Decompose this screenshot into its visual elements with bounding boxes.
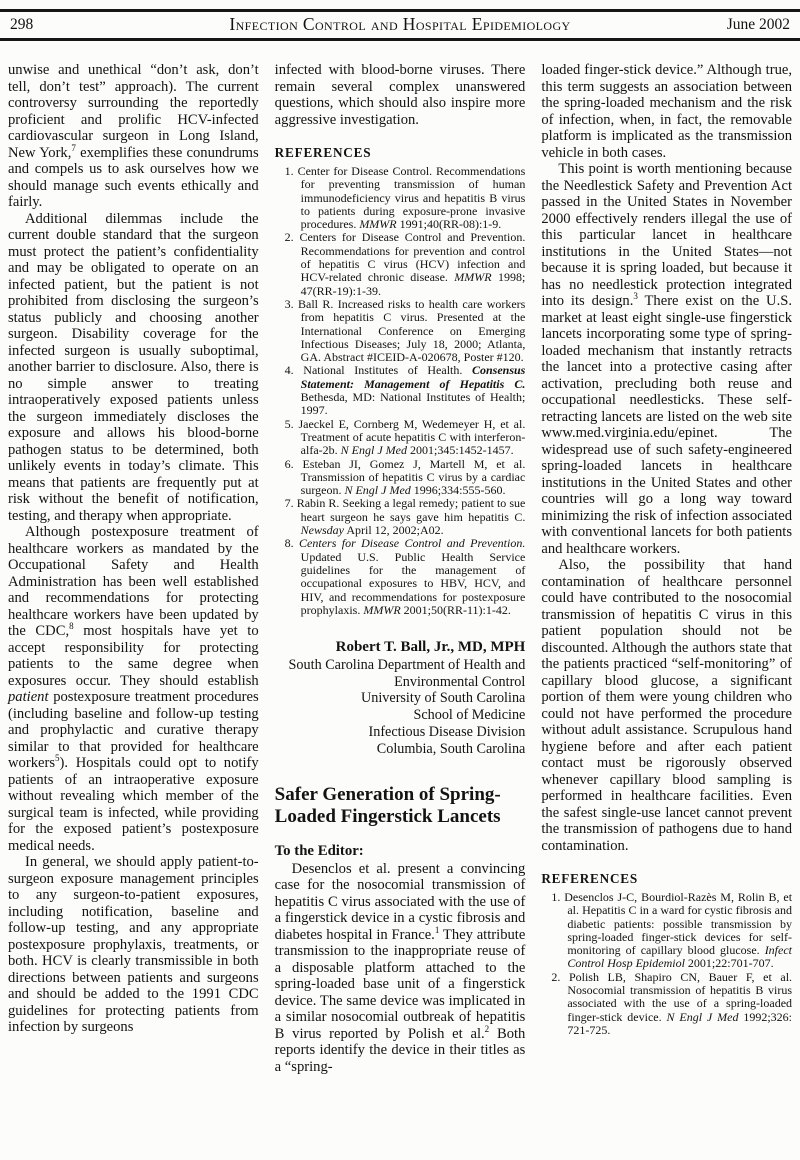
header-bottom-rule bbox=[0, 38, 800, 41]
signature-block: Robert T. Ball, Jr., MD, MPH South Carol… bbox=[275, 639, 526, 758]
reference-text: Rabin R. Seeking a legal remedy; patient… bbox=[297, 496, 526, 537]
body-paragraph: Desenclos et al. present a convincing ca… bbox=[275, 861, 526, 1076]
body-paragraph: Although postexposure treatment of healt… bbox=[8, 524, 259, 854]
reference-item: 4. National Institutes of Health. Consen… bbox=[275, 364, 526, 417]
reference-text: Ball R. Increased risks to health care w… bbox=[298, 297, 525, 364]
column-2: infected with blood-borne viruses. There… bbox=[275, 62, 526, 1160]
reference-number: 4. bbox=[285, 363, 294, 377]
author-affiliation: School of Medicine bbox=[275, 707, 526, 724]
body-paragraph: Also, the possibility that hand contamin… bbox=[541, 557, 792, 854]
author-affiliation: Columbia, South Carolina bbox=[275, 741, 526, 758]
reference-number: 8. bbox=[285, 536, 294, 550]
reference-item: 3. Ball R. Increased risks to health car… bbox=[275, 298, 526, 364]
reference-number: 1. bbox=[551, 890, 560, 904]
reference-text: Desenclos J-C, Bourdiol-Razès M, Rolin B… bbox=[564, 890, 792, 970]
reference-item: 7. Rabin R. Seeking a legal remedy; pati… bbox=[275, 497, 526, 537]
journal-title: Infection Control and Hospital Epidemiol… bbox=[140, 14, 660, 35]
column-1: unwise and unethical “don’t ask, don’t t… bbox=[8, 62, 259, 1160]
page-number: 298 bbox=[10, 16, 140, 34]
column-3: loaded finger-stick device.” Although tr… bbox=[541, 62, 792, 1160]
article-columns: unwise and unethical “don’t ask, don’t t… bbox=[8, 62, 792, 1160]
body-paragraph: infected with blood-borne viruses. There… bbox=[275, 62, 526, 128]
body-paragraph: loaded finger-stick device.” Although tr… bbox=[541, 62, 792, 161]
reference-text: Jaeckel E, Cornberg M, Wedemeyer H, et a… bbox=[298, 417, 525, 458]
reference-number: 1. bbox=[285, 164, 294, 178]
reference-text: Esteban JI, Gomez J, Martell M, et al. T… bbox=[301, 457, 526, 498]
letter-salutation: To the Editor: bbox=[275, 843, 526, 860]
author-affiliation: Infectious Disease Division bbox=[275, 724, 526, 741]
reference-text: National Institutes of Health. Consensus… bbox=[301, 363, 526, 417]
author-name: Robert T. Ball, Jr., MD, MPH bbox=[275, 639, 526, 656]
reference-item: 8. Centers for Disease Control and Preve… bbox=[275, 537, 526, 617]
reference-number: 3. bbox=[285, 297, 294, 311]
letter-title: Safer Generation of Spring-Loaded Finger… bbox=[275, 784, 526, 829]
body-paragraph: This point is worth mentioning because t… bbox=[541, 161, 792, 557]
reference-text: Centers for Disease Control and Preventi… bbox=[299, 230, 525, 297]
reference-number: 6. bbox=[285, 457, 294, 471]
reference-item: 5. Jaeckel E, Cornberg M, Wedemeyer H, e… bbox=[275, 418, 526, 458]
journal-page: 298 Infection Control and Hospital Epide… bbox=[0, 0, 800, 1160]
reference-item: 2. Polish LB, Shapiro CN, Bauer F, et al… bbox=[541, 971, 792, 1037]
reference-number: 2. bbox=[551, 970, 560, 984]
author-affiliation: South Carolina Department of Health and … bbox=[275, 657, 526, 691]
reference-text: Center for Disease Control. Recommendati… bbox=[298, 164, 526, 231]
references-heading: REFERENCES bbox=[275, 145, 526, 161]
reference-number: 7. bbox=[285, 496, 294, 510]
body-paragraph: In general, we should apply patient-to-s… bbox=[8, 854, 259, 1036]
reference-item: 1. Desenclos J-C, Bourdiol-Razès M, Roli… bbox=[541, 891, 792, 971]
references-heading: REFERENCES bbox=[541, 871, 792, 887]
body-paragraph: Additional dilemmas include the current … bbox=[8, 211, 259, 525]
reference-item: 1. Center for Disease Control. Recommend… bbox=[275, 165, 526, 231]
reference-text: Polish LB, Shapiro CN, Bauer F, et al. N… bbox=[567, 970, 792, 1037]
reference-item: 6. Esteban JI, Gomez J, Martell M, et al… bbox=[275, 458, 526, 498]
reference-item: 2. Centers for Disease Control and Preve… bbox=[275, 231, 526, 297]
running-header: 298 Infection Control and Hospital Epide… bbox=[0, 12, 800, 37]
reference-number: 2. bbox=[285, 230, 294, 244]
author-affiliation: University of South Carolina bbox=[275, 690, 526, 707]
body-paragraph: unwise and unethical “don’t ask, don’t t… bbox=[8, 62, 259, 211]
reference-number: 5. bbox=[285, 417, 294, 431]
reference-text: Centers for Disease Control and Preventi… bbox=[299, 536, 525, 616]
issue-date: June 2002 bbox=[660, 16, 790, 34]
